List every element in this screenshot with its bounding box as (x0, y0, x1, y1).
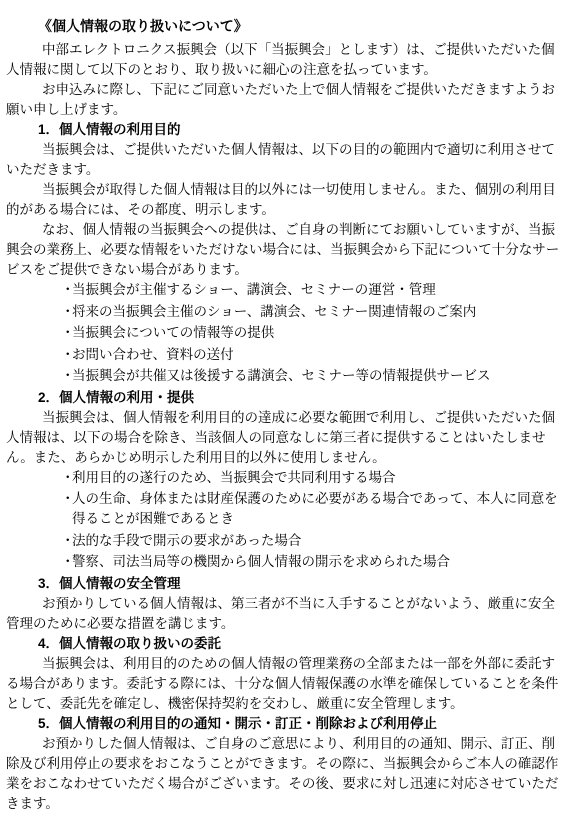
section-outsourcing: 4．個人情報の取り扱いの委託 当振興会は、利用目的のための個人情報の管理業務の全… (6, 634, 567, 714)
section-number: 1． (38, 122, 59, 137)
section-disclosure-correction: 5．個人情報の利用目的の通知・開示・訂正・削除および利用停止 お預かりした個人情… (6, 714, 567, 814)
privacy-policy-document: 《個人情報の取り扱いについて》 中部エレクトロニクス振興会（以下「当振興会」とし… (0, 0, 572, 820)
list-item-text: 当振興会が共催又は後援する講演会、セミナー等の情報提供サービス (72, 368, 491, 383)
section-number: 3． (38, 576, 59, 591)
intro-paragraph-1: 中部エレクトロニクス振興会（以下「当振興会」とします）は、ご提供いただいた個人情… (6, 40, 567, 80)
section-usage-purpose: 1．個人情報の利用目的 当振興会は、ご提供いただいた個人情報は、以下の目的の範囲… (6, 120, 567, 386)
paragraph: お預かりしている個人情報は、第三者が不当に入手することがないよう、厳重に安全管理… (6, 594, 567, 634)
list-item-text: 将来の当振興会主催のショー、講演会、セミナー関連情報のご案内 (72, 304, 476, 319)
paragraph: なお、個人情報の当振興会への提供は、ご自身の判断にてお願いしていますが、当振興会… (6, 220, 567, 280)
bullet-marker: ・ (61, 302, 75, 322)
paragraph: 当振興会は、ご提供いただいた個人情報は、以下の目的の範囲内で適切に利用させていた… (6, 140, 567, 180)
bullet-marker: ・ (61, 489, 75, 509)
list-item-text: お問い合わせ、資料の送付 (72, 347, 234, 362)
bullet-list: ・当振興会が主催するショー、講演会、セミナーの運営・管理 ・将来の当振興会主催の… (72, 280, 567, 386)
section-heading: 2．個人情報の利用・提供 (38, 388, 567, 408)
list-item: ・人の生命、身体または財産保護のために必要がある場合であって、本人に同意を得るこ… (72, 489, 567, 529)
list-item: ・将来の当振興会主催のショー、講演会、セミナー関連情報のご案内 (72, 302, 567, 322)
bullet-marker: ・ (61, 468, 75, 488)
section-heading-text: 個人情報の利用目的 (59, 122, 181, 137)
bullet-marker: ・ (61, 552, 75, 572)
bullet-list: ・利用目的の遂行のため、当振興会で共同利用する場合 ・人の生命、身体または財産保… (72, 468, 567, 573)
section-heading-text: 個人情報の利用・提供 (59, 390, 194, 405)
intro-paragraph-2: お申込みに際し、下記にご同意いただいた上で個人情報をご提供いただきますようお願い… (6, 80, 567, 120)
list-item: ・当振興会についての情報等の提供 (72, 323, 567, 343)
paragraph: 当振興会は、利用目的のための個人情報の管理業務の全部または一部を外部に委託する場… (6, 654, 567, 714)
list-item-text: 人の生命、身体または財産保護のために必要がある場合であって、本人に同意を得ること… (72, 491, 558, 526)
list-item: ・当振興会が主催するショー、講演会、セミナーの運営・管理 (72, 280, 567, 300)
section-number: 5． (38, 716, 59, 731)
list-item: ・法的な手段で開示の要求があった場合 (72, 531, 567, 551)
section-heading-text: 個人情報の利用目的の通知・開示・訂正・削除および利用停止 (59, 716, 437, 731)
list-item: ・お問い合わせ、資料の送付 (72, 345, 567, 365)
list-item-text: 当振興会についての情報等の提供 (72, 325, 274, 340)
list-item: ・利用目的の遂行のため、当振興会で共同利用する場合 (72, 468, 567, 488)
section-number: 4． (38, 636, 59, 651)
section-safety-management: 3．個人情報の安全管理 お預かりしている個人情報は、第三者が不当に入手することが… (6, 574, 567, 634)
list-item-text: 当振興会が主催するショー、講演会、セミナーの運営・管理 (72, 282, 436, 297)
section-heading: 3．個人情報の安全管理 (38, 574, 567, 594)
section-heading-text: 個人情報の取り扱いの委託 (59, 636, 221, 651)
bullet-marker: ・ (61, 323, 75, 343)
section-heading: 5．個人情報の利用目的の通知・開示・訂正・削除および利用停止 (38, 714, 567, 734)
paragraph: 当振興会は、個人情報を利用目的の達成に必要な範囲で利用し、ご提供いただいた個人情… (6, 408, 567, 468)
list-item: ・当振興会が共催又は後援する講演会、セミナー等の情報提供サービス (72, 366, 567, 386)
paragraph: 当振興会が取得した個人情報は目的以外には一切使用しません。また、個別の利用目的が… (6, 180, 567, 220)
bullet-marker: ・ (61, 280, 75, 300)
section-number: 2． (38, 390, 59, 405)
bullet-marker: ・ (61, 531, 75, 551)
list-item-text: 警察、司法当局等の機関から個人情報の開示を求められた場合 (72, 554, 450, 569)
bullet-marker: ・ (61, 366, 75, 386)
section-heading: 1．個人情報の利用目的 (38, 120, 567, 140)
list-item-text: 法的な手段で開示の要求があった場合 (72, 533, 301, 548)
list-item-text: 利用目的の遂行のため、当振興会で共同利用する場合 (72, 470, 395, 485)
paragraph: お預かりした個人情報は、ご自身のご意思により、利用目的の通知、開示、訂正、削除及… (6, 734, 567, 814)
section-heading: 4．個人情報の取り扱いの委託 (38, 634, 567, 654)
section-heading-text: 個人情報の安全管理 (59, 576, 181, 591)
list-item: ・警察、司法当局等の機関から個人情報の開示を求められた場合 (72, 552, 567, 572)
bullet-marker: ・ (61, 345, 75, 365)
section-use-and-provision: 2．個人情報の利用・提供 当振興会は、個人情報を利用目的の達成に必要な範囲で利用… (6, 388, 567, 573)
document-title: 《個人情報の取り扱いについて》 (38, 16, 567, 37)
